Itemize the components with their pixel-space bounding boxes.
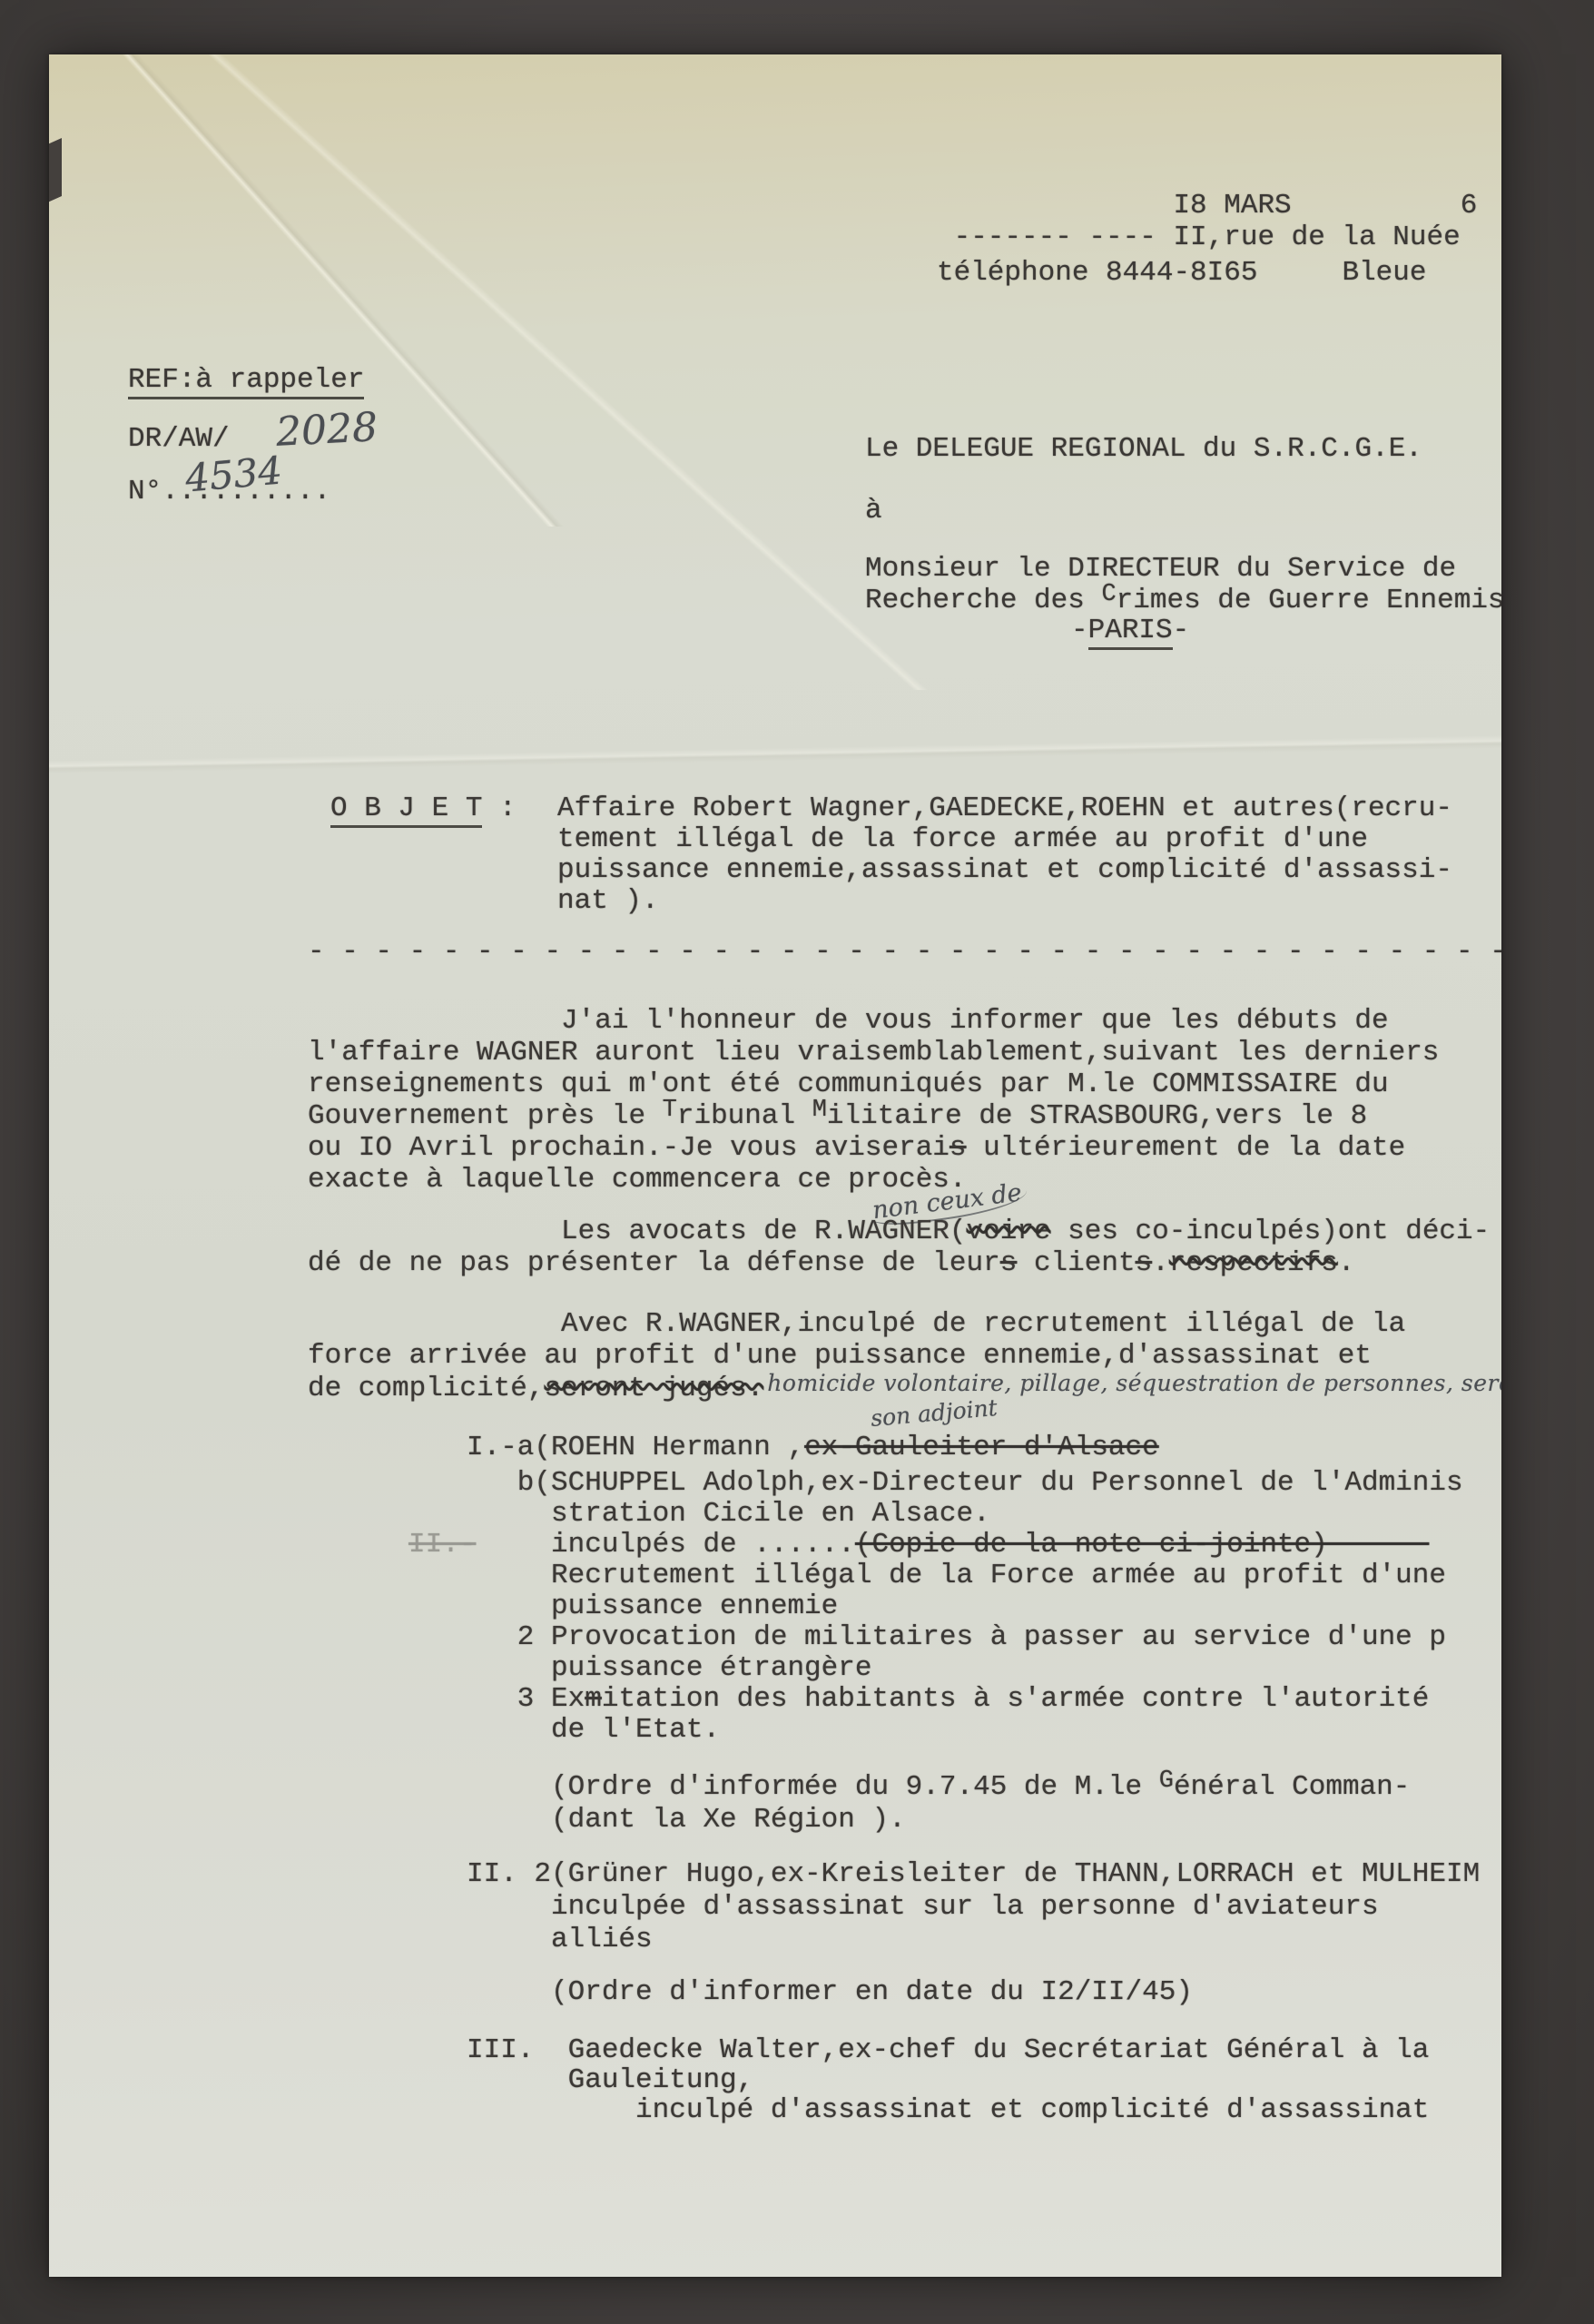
li1-order-text-2: (dant la Xe Région ). <box>467 1804 906 1836</box>
document-page: I8 MARS 6 ------- ---- II,rue de la Nuée… <box>49 54 1501 2277</box>
header-date-text: I8 MARS 6 <box>937 190 1477 222</box>
paragraph3-line-3: de complicité,seront jugés.homicide volo… <box>308 1373 1501 1404</box>
p1-text-3: renseignements qui m'ont été communiqués… <box>308 1068 1389 1100</box>
superscript-letter: T <box>663 1097 677 1124</box>
listI-order-line-2: (dant la Xe Région ). <box>467 1805 906 1836</box>
listI-line-4: inculpés de ......(Copie de la note ci-j… <box>467 1530 1429 1561</box>
p2-text-2d: . <box>1338 1247 1355 1279</box>
li1-order-text-a: (Ordre d'informée du 9.7.45 de M.le <box>467 1771 1159 1803</box>
li1-text-9a: 3 Ex <box>467 1683 585 1715</box>
superscript-letter: C <box>1101 581 1116 608</box>
p2-text-2a: dé de ne pas présenter la défense de leu… <box>308 1247 1000 1279</box>
objet-text-2: tement illégal de la force armée au prof… <box>557 823 1368 855</box>
superscript-letter: G <box>1159 1768 1174 1795</box>
p3-text-2: force arrivée au profit d'une puissance … <box>308 1340 1372 1372</box>
listIII-line-1: III. Gaedecke Walter,ex-chef du Secrétar… <box>467 2035 1429 2066</box>
overstruck-character: m <box>585 1683 602 1715</box>
listI-line-3: stration Cicile en Alsace. <box>467 1499 990 1530</box>
listIII-line-3: inculpé d'assassinat et complicité d'ass… <box>467 2095 1429 2126</box>
paragraph3-line-2: force arrivée au profit d'une puissance … <box>308 1341 1372 1372</box>
listI-line-2: b(SCHUPPEL Adolph,ex-Directeur du Person… <box>467 1468 1463 1499</box>
li1-text-9b: itation des habitants à s'armée contre l… <box>602 1683 1430 1715</box>
p3-text-1: Avec R.WAGNER,inculpé de recrutement ill… <box>308 1308 1405 1340</box>
addressee-line-2: Recherche des Crimes de Guerre Ennemis <box>865 586 1501 617</box>
listI-line-5: Recrutement illégal de la Force armée au… <box>467 1561 1446 1591</box>
li3-text-1: III. Gaedecke Walter,ex-chef du Secrétar… <box>467 2034 1429 2066</box>
header-phone-line: téléphone 8444-8I65 Bleue <box>937 258 1427 289</box>
addressee-text-1: Monsieur le DIRECTEUR du Service de <box>865 553 1456 585</box>
objet-label-line: O B J E T : <box>330 793 533 824</box>
scribbled-out-phrase: seront jugés. <box>544 1373 763 1404</box>
listIII-line-2: Gauleitung, <box>467 2065 753 2096</box>
paragraph1-line-3: renseignements qui m'ont été communiqués… <box>308 1069 1389 1100</box>
city-dash-post: - <box>1173 615 1190 646</box>
reference-code: DR/AW/ <box>128 423 230 455</box>
header-date-line: I8 MARS 6 <box>937 191 1477 222</box>
p2-text-1b: ses co-inculpés)ont déci- <box>1051 1216 1491 1247</box>
scribbled-out-word: respectifs <box>1169 1247 1338 1279</box>
listI-line-8: puissance étrangère <box>467 1653 871 1684</box>
p1-text-1: J'ai l'honneur de vous informer que les … <box>308 1005 1389 1037</box>
listII-line-2: inculpée d'assassinat sur la personne d'… <box>467 1892 1379 1923</box>
li2-text-3: alliés <box>467 1924 653 1955</box>
p1-text-4a: Gouvernement près le <box>308 1100 663 1132</box>
li2-text-2: inculpée d'assassinat sur la personne d'… <box>467 1891 1379 1923</box>
to-particle-line: à <box>865 496 882 527</box>
paragraph1-line-5: ou IO Avril prochain.-Je vous aviserais … <box>308 1133 1405 1164</box>
p3-text-3a: de complicité, <box>308 1373 544 1404</box>
paper-tear <box>49 138 62 203</box>
to-particle: à <box>865 495 882 527</box>
li1-text-6: puissance ennemie <box>467 1590 838 1622</box>
li1-text-8: puissance étrangère <box>467 1652 871 1684</box>
handwritten-file-number: 4534 <box>183 448 284 500</box>
objet-line-3: puissance ennemie,assassinat et complici… <box>557 855 1452 886</box>
header-address-text: ------- ---- II,rue de la Nuée <box>937 222 1461 253</box>
objet-line-2: tement illégal de la force armée au prof… <box>557 824 1368 855</box>
li2-text-1: II. 2(Grüner Hugo,ex-Kreisleiter de THAN… <box>467 1858 1480 1890</box>
li1-text-5: Recrutement illégal de la Force armée au… <box>467 1560 1446 1591</box>
li1-text-1a: I.-a(ROEHN Hermann , <box>467 1432 804 1463</box>
header-phone-text: téléphone 8444-8I65 Bleue <box>937 257 1427 289</box>
overstruck-character: s <box>1136 1247 1153 1279</box>
addressee-text-2b: rimes de Guerre Ennemis <box>1117 585 1501 616</box>
p2-text-1a: Les avocats de R.WAGNER( <box>308 1216 967 1247</box>
li1-text-7: 2 Provocation de militaires à passer au … <box>467 1621 1446 1653</box>
listI-order-line-1: (Ordre d'informée du 9.7.45 de M.le Géné… <box>467 1772 1410 1804</box>
reference-code-line: DR/AW/ <box>128 424 230 455</box>
struck-phrase: (Copie de la note ci-jointe) <box>855 1529 1430 1561</box>
listI-line-7: 2 Provocation de militaires à passer au … <box>467 1622 1446 1653</box>
header-address-line: ------- ---- II,rue de la Nuée <box>937 222 1461 253</box>
objet-label: O B J E T <box>330 793 482 828</box>
p1-text-2: l'affaire WAGNER auront lieu vraisemblab… <box>308 1037 1439 1068</box>
paragraph1-line-1: J'ai l'honneur de vous informer que les … <box>308 1006 1389 1037</box>
city-name: PARIS <box>1088 615 1173 650</box>
objet-line-1: Affaire Robert Wagner,GAEDECKE,ROEHN et … <box>557 793 1452 824</box>
listI-line-9: 3 Exmitation des habitants à s'armée con… <box>467 1684 1429 1715</box>
li1-text-3: stration Cicile en Alsace. <box>467 1498 990 1530</box>
li1-text-2: b(SCHUPPEL Adolph,ex-Directeur du Person… <box>467 1467 1463 1499</box>
paragraph2-line-1: Les avocats de R.WAGNER(voire ses co-inc… <box>308 1216 1490 1247</box>
addressee-text-2a: Recherche des <box>865 585 1101 616</box>
paper-crease <box>49 54 630 527</box>
struck-phrase: ex-Gauleiter d'Alsace <box>804 1432 1159 1463</box>
struck-word: voire <box>967 1216 1051 1247</box>
handwritten-insertion: homicide volontaire, pillage, séquestrat… <box>767 1370 1501 1396</box>
objet-text-3: puissance ennemie,assassinat et complici… <box>557 854 1452 886</box>
p1-text-5b: ultérieurement de la date <box>967 1132 1406 1164</box>
overstruck-character: s <box>1000 1247 1018 1279</box>
listII-line-1: II. 2(Grüner Hugo,ex-Kreisleiter de THAN… <box>467 1859 1480 1890</box>
superscript-letter: M <box>812 1097 827 1124</box>
paragraph1-line-2: l'affaire WAGNER auront lieu vraisemblab… <box>308 1038 1439 1068</box>
objet-text-4: nat ). <box>557 885 659 917</box>
sender-text: Le DELEGUE REGIONAL du S.R.C.G.E. <box>865 433 1422 465</box>
listII-line-3: alliés <box>467 1925 653 1955</box>
p2-text-2c: . <box>1152 1247 1169 1279</box>
li1-text-10: de l'Etat. <box>467 1714 720 1746</box>
li3-text-2: Gauleitung, <box>467 2064 753 2096</box>
li2-order-text: (Ordre d'informer en date du I2/II/45) <box>467 1976 1193 2008</box>
listI-line-10: de l'Etat. <box>467 1715 720 1746</box>
p1-text-6: exacte à laquelle commencera ce procès. <box>308 1164 967 1196</box>
sender-line: Le DELEGUE REGIONAL du S.R.C.G.E. <box>865 434 1422 465</box>
p1-text-5a: ou IO Avril prochain.-Je vous aviserai <box>308 1132 950 1164</box>
paragraph2-line-2: dé de ne pas présenter la défense de leu… <box>308 1248 1354 1279</box>
dashed-separator: - - - - - - - - - - - - - - - - - - - - … <box>308 937 1501 968</box>
paragraph1-line-4: Gouvernement près le Tribunal Militaire … <box>308 1101 1367 1133</box>
li1-order-text-b: énéral Comman- <box>1174 1771 1410 1803</box>
p1-text-4c: ilitaire de STRASBOURG,vers le 8 <box>827 1100 1367 1132</box>
paragraph3-line-1: Avec R.WAGNER,inculpé de recrutement ill… <box>308 1309 1405 1340</box>
li1-text-4a: inculpés de ...... <box>467 1529 855 1561</box>
separator-dashes: - - - - - - - - - - - - - - - - - - - - … <box>308 936 1501 968</box>
city-line: -PARIS- <box>1071 615 1189 646</box>
p2-text-2b: client <box>1017 1247 1135 1279</box>
reference-label: REF:à rappeler <box>128 364 364 399</box>
objet-colon: : <box>482 793 533 824</box>
listII-order-line: (Ordre d'informer en date du I2/II/45) <box>467 1977 1193 2008</box>
listI-line-6: puissance ennemie <box>467 1591 838 1622</box>
listI-line-1: I.-a(ROEHN Hermann ,ex-Gauleiter d'Alsac… <box>467 1433 1159 1463</box>
objet-text-1: Affaire Robert Wagner,GAEDECKE,ROEHN et … <box>557 793 1452 824</box>
reference-label-line: REF:à rappeler <box>128 365 364 396</box>
handwritten-reference-number: 2028 <box>275 404 379 456</box>
city-dash-pre: - <box>1071 615 1088 646</box>
p1-text-4b: ribunal <box>677 1100 812 1132</box>
overstruck-character: s <box>950 1132 967 1164</box>
paragraph1-line-6: exacte à laquelle commencera ce procès. <box>308 1165 967 1196</box>
objet-line-4: nat ). <box>557 886 659 917</box>
addressee-line-1: Monsieur le DIRECTEUR du Service de <box>865 554 1456 585</box>
li3-text-3: inculpé d'assassinat et complicité d'ass… <box>467 2094 1429 2126</box>
